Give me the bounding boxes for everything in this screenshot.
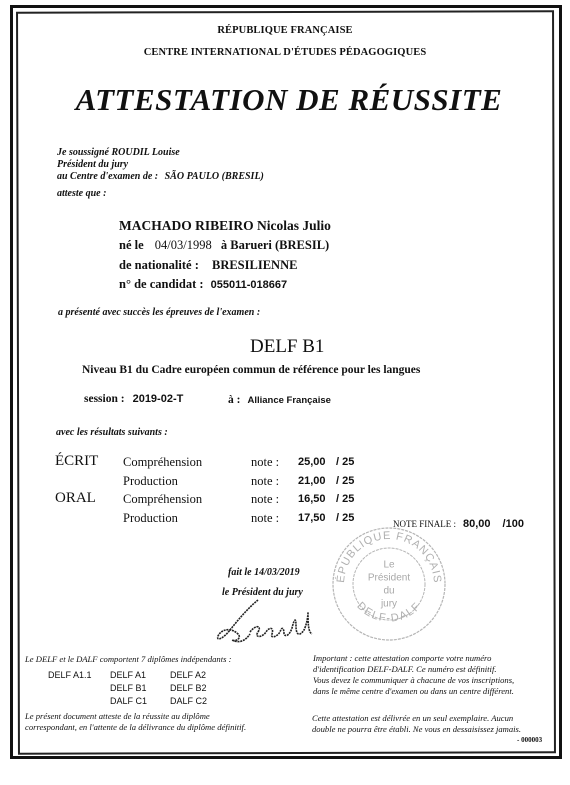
jury-center-line: au Centre d'examen de : SÃO PAULO (BRESI…: [57, 171, 264, 182]
nationality-value: BRESILIENNE: [212, 258, 297, 272]
important-notice: Important : cette attestation comporte v…: [313, 653, 514, 697]
important-line: dans le même centre d'examen ou dans un …: [313, 686, 514, 697]
important-line: Important : cette attestation comporte v…: [313, 653, 514, 664]
notice-right: Cette attestation est délivrée en un seu…: [312, 713, 521, 735]
exam-name: DELF B1: [250, 336, 324, 358]
jury-role-line: Président du jury: [57, 159, 128, 170]
diploma-item: DELF A2: [170, 670, 206, 680]
birth-label: né le: [119, 238, 144, 252]
diploma-item: DALF C2: [170, 696, 207, 706]
diploma-item: DELF A1: [110, 670, 146, 680]
birth-place-prefix: à: [221, 238, 227, 252]
final-score-max: /100: [503, 518, 524, 530]
diploma-item: DALF C1: [110, 696, 147, 706]
notice-left: Le présent document atteste de la réussi…: [25, 711, 246, 733]
diploma-item: DELF A1.1: [48, 670, 92, 680]
result-note-label: note :: [251, 455, 279, 470]
official-stamp: RÉPUBLIQUE FRANÇAISE DELF-DALF LePréside…: [330, 525, 448, 643]
notice-right-line: Cette attestation est délivrée en un seu…: [312, 713, 521, 724]
important-line: d'identification DELF-DALF. Ce numéro es…: [313, 664, 514, 675]
exam-level: Niveau B1 du Cadre européen commun de ré…: [82, 364, 420, 376]
birth-date: 04/03/1998: [155, 238, 212, 252]
header-republic: RÉPUBLIQUE FRANÇAISE: [0, 25, 570, 36]
result-score: 21,00: [298, 475, 326, 487]
result-max: / 25: [336, 493, 354, 505]
result-subtest: Compréhension: [123, 455, 202, 470]
candidate-number-value: 055011-018667: [211, 279, 287, 291]
exam-center: à : Alliance Française: [228, 390, 331, 408]
center-label: à :: [228, 394, 240, 406]
jury-name-line: Je soussigné ROUDIL Louise: [57, 147, 180, 158]
nationality-label: de nationalité :: [119, 258, 199, 272]
candidate-name: MACHADO RIBEIRO Nicolas Julio: [119, 218, 331, 234]
notice-left-line: correspondant, en l'attente de la délivr…: [25, 722, 246, 733]
stamp-center-line: Le: [383, 560, 395, 571]
result-subtest: Compréhension: [123, 492, 202, 507]
jury-center-value: SÃO PAULO (BRESIL): [165, 171, 264, 182]
diploma-item: DELF B2: [170, 683, 207, 693]
center-value: Alliance Française: [247, 395, 330, 406]
result-note-label: note :: [251, 474, 279, 489]
result-score: 16,50: [298, 493, 326, 505]
candidate-number: n° de candidat : 055011-018667: [119, 277, 287, 292]
result-score: 17,50: [298, 512, 326, 524]
exam-intro: a présenté avec succès les épreuves de l…: [58, 307, 260, 318]
atteste-que: atteste que :: [57, 188, 106, 199]
candidate-birth: né le 04/03/1998 à Barueri (BRESIL): [119, 238, 329, 253]
result-note-label: note :: [251, 492, 279, 507]
stamp-center-line: du: [383, 586, 394, 597]
result-max: / 25: [336, 456, 354, 468]
notice-left-line: Le présent document atteste de la réussi…: [25, 711, 246, 722]
document-serial: - 000003: [517, 736, 542, 744]
session-label: session :: [84, 393, 125, 405]
diploma-item: DELF B1: [110, 683, 147, 693]
header-ciep: CENTRE INTERNATIONAL D'ÉTUDES PÉDAGOGIQU…: [0, 47, 570, 58]
jury-center-label: au Centre d'examen de :: [57, 171, 158, 182]
session-value: 2019-02-T: [133, 393, 184, 405]
stamp-center-line: jury: [380, 599, 397, 610]
final-score-value: 80,00: [463, 518, 491, 530]
result-subtest: Production: [123, 511, 178, 526]
stamp-center-line: Président: [368, 573, 410, 584]
result-category: ORAL: [55, 490, 96, 507]
president-signature: [210, 598, 320, 648]
candidate-number-label: n° de candidat :: [119, 277, 204, 291]
important-line: Vous devez le communiquer à chacune de v…: [313, 675, 514, 686]
page-title: ATTESTATION DE RÉUSSITE: [4, 82, 570, 118]
birth-place: Barueri (BRESIL): [230, 238, 329, 252]
result-max: / 25: [336, 512, 354, 524]
result-note-label: note :: [251, 511, 279, 526]
diplomas-intro: Le DELF et le DALF comportent 7 diplômes…: [25, 654, 231, 665]
result-subtest: Production: [123, 474, 178, 489]
notice-right-line: double ne pourra être établi. Ne vous en…: [312, 724, 521, 735]
result-max: / 25: [336, 475, 354, 487]
signature-role: le Président du jury: [222, 587, 303, 598]
signature-date: fait le 14/03/2019: [228, 567, 300, 578]
candidate-nationality: de nationalité : BRESILIENNE: [119, 258, 297, 273]
results-intro: avec les résultats suivants :: [56, 427, 168, 438]
result-score: 25,00: [298, 456, 326, 468]
exam-session: session : 2019-02-T: [84, 389, 183, 407]
result-category: ÉCRIT: [55, 453, 98, 470]
